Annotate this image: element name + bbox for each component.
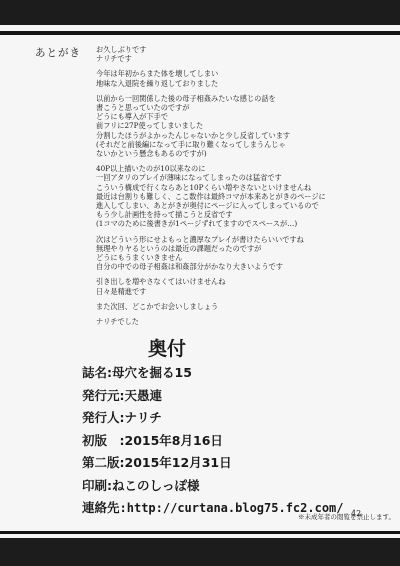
afterword-line: (1コマのために後書きが1ページずれてますのでスペースが…) [96, 219, 396, 228]
afterword-line: 分割したほうがよかったんじゃないかと少し反省しています [96, 131, 396, 140]
afterword-line: もう少し計画性を持って描こうと反省です [96, 210, 396, 219]
afterword-line: 40P以上描いたのが10以来なのに [96, 164, 396, 173]
afterword-paragraph: 今年は年初からまた体を壊してしまい 地味な入退院を繰り返しておりました [96, 69, 396, 87]
colophon-key: 誌名 [82, 365, 107, 380]
afterword-paragraph: 次はどういう形にせよもっと濃厚なプレイが書けたらいいですね 無理やりヤるというの… [96, 235, 396, 272]
afterword-line: 今年は年初からまた体を壊してしまい [96, 69, 396, 78]
afterword-line: (それだと前後編になって手に取り難くなってしまうんじゃ [96, 140, 396, 149]
age-restriction-notice: ※未成年者の閲覧を禁止します。 [298, 512, 395, 521]
colophon-row-issuer: 発行人:ナリチ [82, 407, 344, 430]
colophon-value: 2015年8月16日 [125, 433, 223, 448]
afterword-line: 日々是精進です [96, 287, 396, 296]
afterword-line: ナリチです [96, 54, 396, 63]
page-number: 42 [351, 509, 361, 518]
afterword-paragraph: お久しぶりです ナリチです [96, 45, 396, 63]
colophon-key: 初版 [82, 433, 107, 448]
colophon-row-second-edition: 第二版:2015年12月31日 [82, 452, 344, 475]
afterword-line: 書こうと思っていたのですが [96, 103, 396, 112]
colophon-value: 母穴を掘る15 [112, 365, 192, 380]
afterword-line: どうにもうまくいきません [96, 253, 396, 262]
afterword-line: 進入してしまい、あとがきが奥付にページに入ってしまっているので [96, 201, 396, 210]
colophon-value: ナリチ [125, 410, 162, 425]
colophon-sep: : [107, 433, 125, 448]
afterword-line: どうにも導入が下手で [96, 112, 396, 121]
colophon: 誌名:母穴を掘る15 発行元:天愚連 発行人:ナリチ 初版 :2015年8月16… [82, 362, 344, 520]
afterword-line: 引き出しを増やさなくてはいけませんね [96, 277, 396, 286]
afterword-line: 一回アタリのプレイが薄味になってしまったのは猛省です [96, 173, 396, 182]
afterword-line: 地味な入退院を繰り返しておりました [96, 79, 396, 88]
bottom-black-band [0, 538, 400, 566]
afterword-line: ないかという懸念もあるのですが) [96, 149, 396, 158]
colophon-key: 発行人 [82, 410, 120, 425]
bottom-rule [0, 531, 400, 534]
afterword-line: こういう構成で行くならあと10Pくらい増やさないといけませんね [96, 183, 396, 192]
afterword-line: 前フリに27P使ってしまいました [96, 121, 396, 130]
colophon-key: 発行元 [82, 388, 120, 403]
afterword-line: 無理やりヤるというのは最近の課題だったのですが [96, 244, 396, 253]
colophon-value: ねこのしっぽ様 [112, 478, 200, 493]
top-black-band [0, 0, 400, 25]
afterword-line: ナリチでした [96, 317, 396, 326]
afterword-paragraph: 引き出しを増やさなくてはいけませんね 日々是精進です [96, 277, 396, 295]
colophon-value: 天愚連 [125, 388, 163, 403]
afterword-line: また次回、どこかでお会いしましょう [96, 302, 396, 311]
afterword-paragraph: 40P以上描いたのが10以来なのに 一回アタリのプレイが薄味になってしまったのは… [96, 164, 396, 228]
colophon-key: 印刷 [82, 478, 107, 493]
afterword-paragraph: また次回、どこかでお会いしましょう [96, 302, 396, 311]
section-label: あとがき [35, 45, 81, 60]
afterword-line: 自分の中での母子相姦は和姦部分がかなり大きいようです [96, 262, 396, 271]
colophon-value: 2015年12月31日 [125, 455, 232, 470]
afterword-paragraph: 以前から一回関係した後の母子相姦みたいな感じの話を 書こうと思っていたのですが … [96, 94, 396, 158]
colophon-row-printer: 印刷:ねこのしっぽ様 [82, 475, 344, 498]
colophon-row-title: 誌名:母穴を掘る15 [82, 362, 344, 385]
afterword-line: 次はどういう形にせよもっと濃厚なプレイが書けたらいいですね [96, 235, 396, 244]
afterword-line: 最近は台割りも難しく、ここ数作は最終コマが本来あとがきのページに [96, 192, 396, 201]
afterword-text: お久しぶりです ナリチです 今年は年初からまた体を壊してしまい 地味な入退院を繰… [96, 45, 396, 332]
colophon-row-first-edition: 初版 :2015年8月16日 [82, 430, 344, 453]
colophon-key: 第二版 [82, 455, 120, 470]
afterword-line: お久しぶりです [96, 45, 396, 54]
colophon-row-publisher: 発行元:天愚連 [82, 385, 344, 408]
top-rule [0, 31, 400, 35]
afterword-line: 以前から一回関係した後の母子相姦みたいな感じの話を [96, 94, 396, 103]
afterword-paragraph: ナリチでした [96, 317, 396, 326]
colophon-key: 連絡先 [82, 500, 120, 515]
colophon-title: 奥付 [148, 334, 186, 361]
colophon-sep: : [120, 501, 127, 515]
